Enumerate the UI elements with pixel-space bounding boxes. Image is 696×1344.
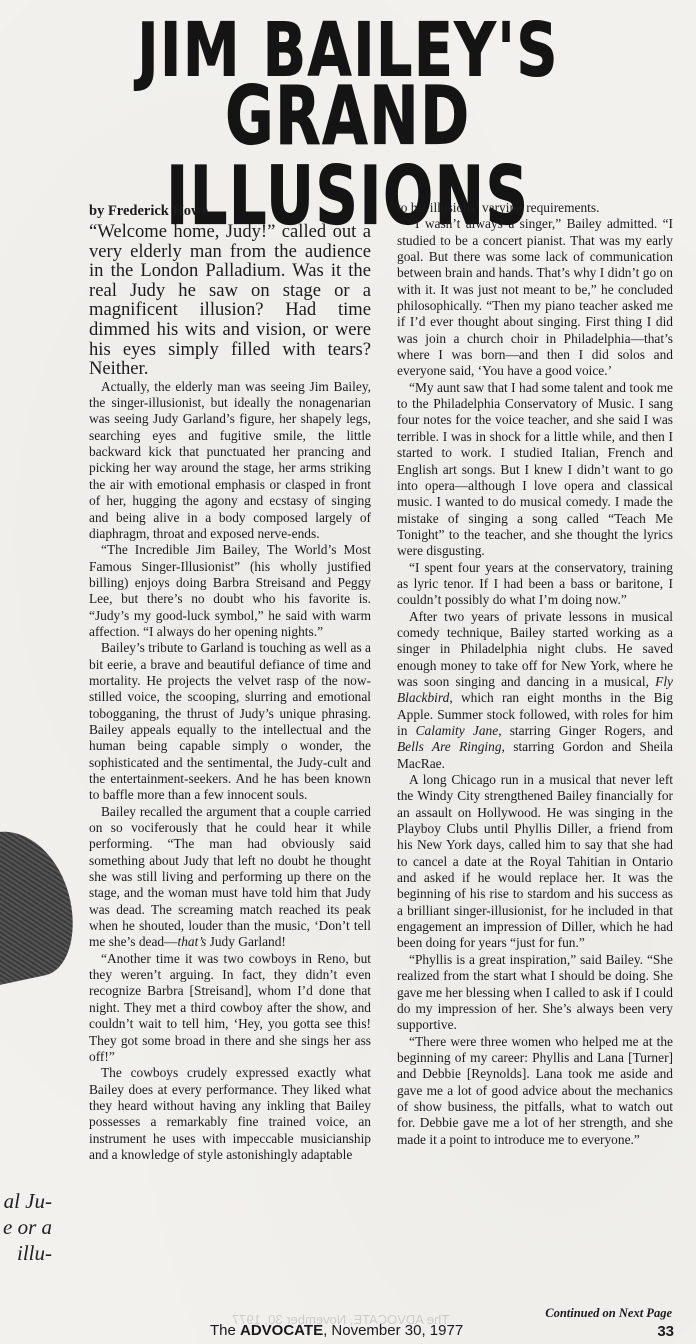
show-title: Bells Are Ringing (397, 739, 502, 754)
body-paragraph: Actually, the elderly man was seeing Jim… (89, 379, 371, 542)
article-column-right: to his illusions’ varying requirements. … (397, 200, 673, 1148)
magazine-page: JIM BAILEY'S GRAND ILLUSIONS al Ju- e or… (0, 0, 696, 1344)
body-paragraph: Bailey recalled the argument that a coup… (89, 804, 371, 951)
publication-name: ADVOCATE (240, 1322, 323, 1339)
body-paragraph: After two years of private lessons in mu… (397, 609, 673, 772)
body-paragraph: The cowboys crudely expressed exactly wh… (89, 1065, 371, 1163)
body-paragraph: “My aunt saw that I had some talent and … (397, 380, 673, 560)
body-text: Bailey recalled the argument that a coup… (89, 804, 371, 950)
body-paragraph: “Another time it was two cowboys in Reno… (89, 951, 371, 1065)
italic-emphasis: that’s (178, 934, 207, 949)
body-paragraph: “Phyllis is a great inspiration,” said B… (397, 952, 673, 1034)
byline: by Frederick Howe (89, 202, 371, 220)
body-text: After two years of private lessons in mu… (397, 609, 673, 689)
footer-prefix: The (210, 1322, 240, 1339)
issue-date: , November 30, 1977 (323, 1322, 463, 1339)
lede-paragraph: “Welcome home, Judy!” called out a very … (89, 222, 371, 379)
partial-photo (0, 820, 84, 990)
body-paragraph: “There were three women who helped me at… (397, 1034, 673, 1148)
page-number: 33 (657, 1323, 674, 1340)
body-text: Judy Garland! (206, 934, 286, 949)
show-title: Calamity Jane (416, 723, 499, 738)
body-paragraph: “I wasn’t always a singer,” Bailey admit… (397, 216, 673, 379)
body-paragraph: A long Chicago run in a musical that nev… (397, 772, 673, 952)
body-paragraph: “I spent four years at the conservatory,… (397, 560, 673, 609)
body-text: , starring Ginger Rogers, and (498, 723, 673, 738)
article-column-left: by Frederick Howe “Welcome home, Judy!” … (89, 200, 371, 1163)
photo-caption-fragment: al Ju- e or a illu- (0, 1188, 52, 1266)
body-paragraph: to his illusions’ varying requirements. (397, 200, 673, 216)
body-paragraph: “The Incredible Jim Bailey, The World’s … (89, 542, 371, 640)
continued-note: Continued on Next Page (545, 1306, 672, 1321)
body-paragraph: Bailey’s tribute to Garland is touching … (89, 640, 371, 803)
page-footer: The ADVOCATE, November 30, 1977 (210, 1322, 463, 1339)
